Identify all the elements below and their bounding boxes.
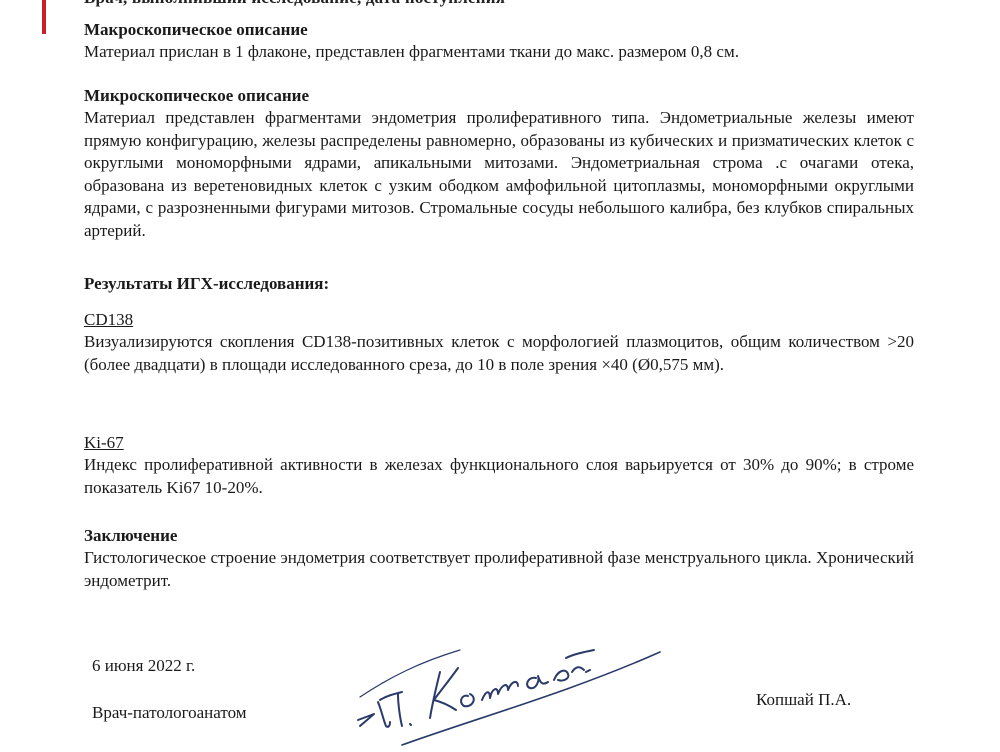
section-macroscopic: Макроскопическое описание Материал присл… bbox=[84, 19, 914, 64]
section-ihc-results: Результаты ИГХ-исследования: bbox=[84, 273, 914, 295]
heading-microscopic: Микроскопическое описание bbox=[84, 85, 914, 107]
text-ki67: Индекс пролиферативной активности в желе… bbox=[84, 454, 914, 499]
section-conclusion: Заключение Гистологическое строение эндо… bbox=[84, 525, 914, 592]
subheading-cd138: CD138 bbox=[84, 309, 914, 331]
report-date: 6 июня 2022 г. bbox=[92, 656, 195, 676]
doctor-position: Врач-патологоанатом bbox=[92, 703, 247, 723]
handwritten-signature bbox=[340, 622, 680, 752]
section-microscopic: Микроскопическое описание Материал предс… bbox=[84, 85, 914, 242]
text-conclusion: Гистологическое строение эндометрия соот… bbox=[84, 547, 914, 592]
subheading-ki67: Ki-67 bbox=[84, 432, 914, 454]
heading-macroscopic: Макроскопическое описание bbox=[84, 19, 914, 41]
text-cd138: Визуализируются скопления CD138-позитивн… bbox=[84, 331, 914, 376]
red-accent-bar bbox=[42, 0, 46, 34]
text-microscopic: Материал представлен фрагментами эндомет… bbox=[84, 107, 914, 242]
doctor-name: Копшай П.А. bbox=[756, 690, 851, 710]
heading-conclusion: Заключение bbox=[84, 525, 914, 547]
section-cd138: CD138 Визуализируются скопления CD138-по… bbox=[84, 309, 914, 376]
section-ki67: Ki-67 Индекс пролиферативной активности … bbox=[84, 432, 914, 499]
text-macroscopic: Материал прислан в 1 флаконе, представле… bbox=[84, 41, 914, 64]
heading-ihc-results: Результаты ИГХ-исследования: bbox=[84, 273, 914, 295]
cut-off-header-line: Врач, выполнивший исследование, дата пос… bbox=[84, 0, 505, 8]
